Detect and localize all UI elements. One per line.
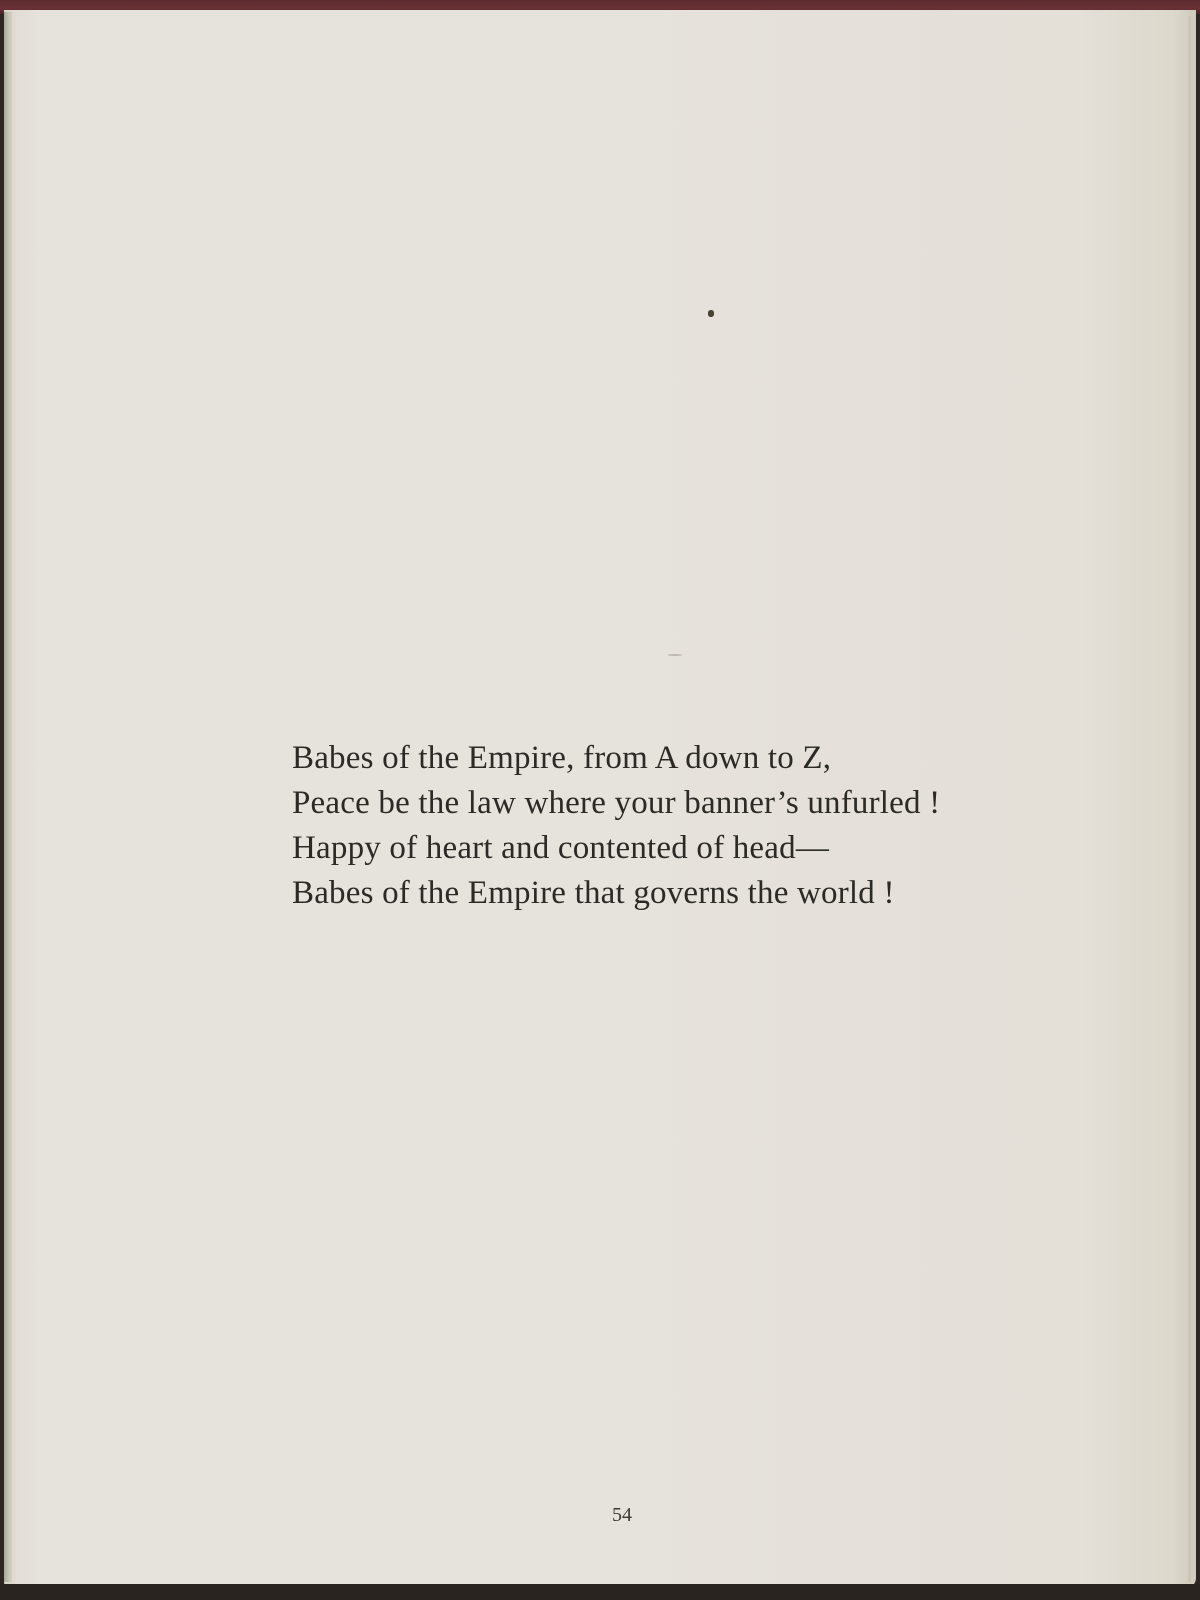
book-cover-bottom-edge	[0, 1584, 1200, 1600]
paper-speck	[668, 654, 682, 656]
paper-speck	[708, 310, 714, 317]
poem-stanza: Babes of the Empire, from A down to Z, P…	[292, 736, 940, 916]
book-scan: Babes of the Empire, from A down to Z, P…	[0, 0, 1200, 1600]
page-edge-right	[1188, 16, 1191, 1582]
poem-line: Happy of heart and contented of head—	[292, 826, 940, 871]
page-number: 54	[612, 1504, 632, 1527]
poem-line: Babes of the Empire, from A down to Z,	[292, 736, 940, 781]
page-gutter	[4, 12, 12, 1582]
poem-line: Babes of the Empire that governs the wor…	[292, 871, 940, 916]
poem-line: Peace be the law where your banner’s unf…	[292, 781, 940, 826]
